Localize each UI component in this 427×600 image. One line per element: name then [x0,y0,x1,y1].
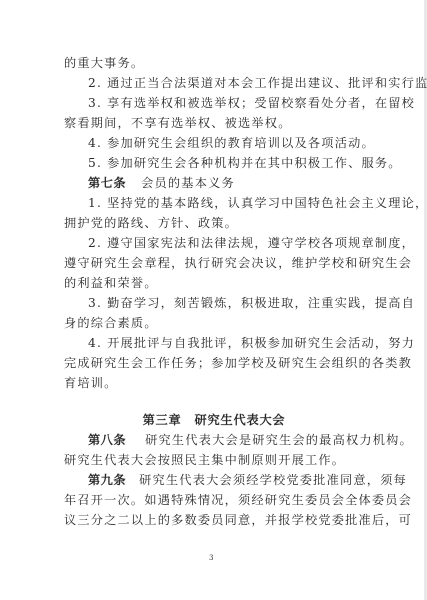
article-title: 会员的基本义务 [131,176,235,190]
article-9: 第九条 研究生代表大会须经学校党委批准同意，须每 [64,470,364,490]
text-line: 察看期间，不享有选举权、被选举权。 [64,113,364,133]
article-label: 第九条 [88,473,126,487]
text-line: 3. 享有选举权和被选举权；受留校察看处分者，在留校 [64,93,364,113]
text-line: 4. 参加研究生会组织的教育培训以及各项活动。 [64,133,364,153]
text-line: 1. 坚持党的基本路线，认真学习中国特色社会主义理论， [64,193,364,213]
text-line: 遵守研究生会章程，执行研究会决议，维护学校和研究生会 [64,253,364,273]
text-line: 5. 参加研究生会各种机构并在其中积极工作、服务。 [64,153,364,173]
article-label: 第八条 [88,433,126,447]
text-line: 4. 开展批评与自我批评，积极参加研究生会活动，努力 [64,333,364,353]
article-text: 研究生代表大会须经学校党委批准同意，须每 [131,473,407,487]
text-line: 身的综合素质。 [64,313,364,333]
article-label: 第七条 [88,176,126,190]
text-line: 研究生代表大会按照民主集中制原则开展工作。 [64,450,364,470]
text-line: 议三分之二以上的多数委员同意，并报学校党委批准后，可 [64,510,364,530]
article-text: 研究生代表大会是研究生会的最高权力机构。 [131,433,413,447]
text-line: 2. 遵守国家宪法和法律法规，遵守学校各项规章制度， [64,233,364,253]
document-page: 的重大事务。 2. 通过正当合法渠道对本会工作提出建议、批评和实行监督。 3. … [64,53,364,530]
text-line: 拥护党的路线、方针、政策。 [64,213,364,233]
text-line: 年召开一次。如遇特殊情况，须经研究生委员会全体委员会 [64,490,364,510]
chapter-heading: 第三章 研究生代表大会 [64,410,364,430]
text-line: 3. 勤奋学习，刻苦锻炼，积极进取，注重实践，提高自 [64,293,364,313]
article-7-heading: 第七条 会员的基本义务 [64,173,364,193]
text-line: 的重大事务。 [64,53,364,73]
text-line: 育培训。 [64,373,364,393]
page-number: 3 [209,554,213,562]
text-line: 完成研究生会工作任务；参加学校及研究生会组织的各类教 [64,353,364,373]
article-8: 第八条 研究生代表大会是研究生会的最高权力机构。 [64,430,364,450]
text-line: 的利益和荣誉。 [64,273,364,293]
text-line: 2. 通过正当合法渠道对本会工作提出建议、批评和实行监督。 [64,73,364,93]
